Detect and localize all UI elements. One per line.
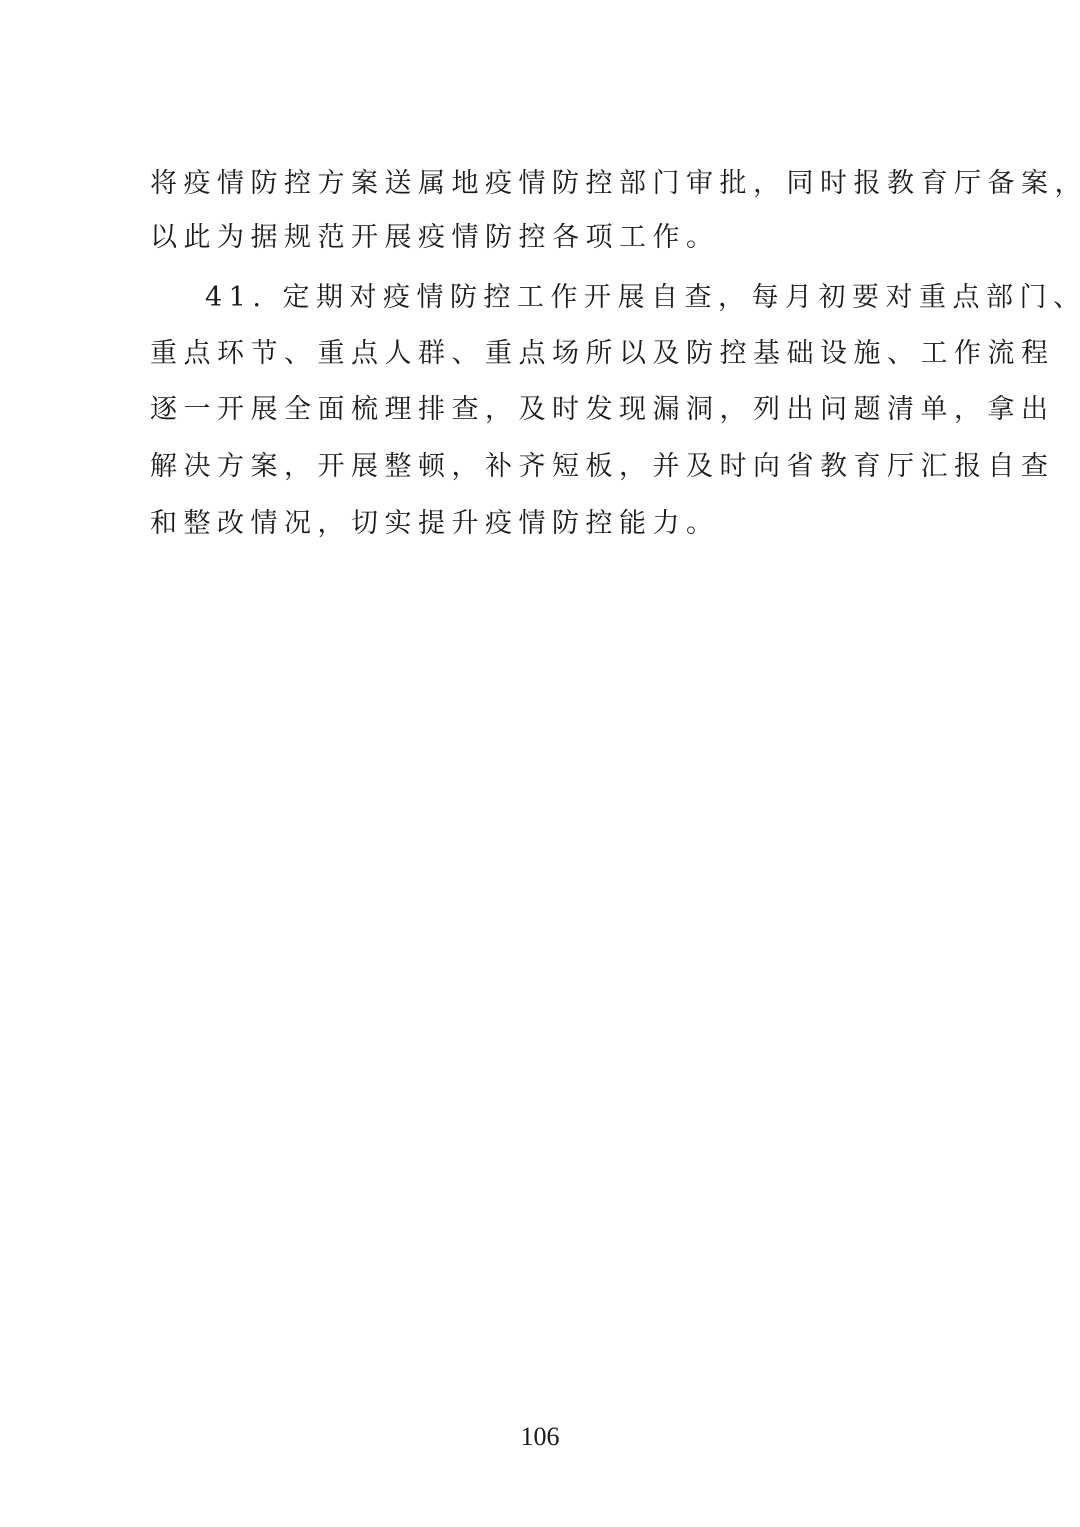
document-page: 将疫情防控方案送属地疫情防控部门审批，同时报教育厅备案， 以此为据规范开展疫情防…: [0, 0, 1080, 1527]
paragraph-41-line-3: 逐一开展全面梳理排查，及时发现漏洞，列出问题清单，拿出: [150, 390, 1055, 430]
paragraph-41-line-5: 和整改情况，切实提升疫情防控能力。: [150, 504, 720, 544]
paragraph-1-line-2: 以此为据规范开展疫情防控各项工作。: [150, 218, 720, 258]
paragraph-41-line-1: 41. 定期对疫情防控工作开展自查，每月初要对重点部门、: [205, 278, 1080, 318]
paragraph-41-line-4: 解决方案，开展整顿，补齐短板，并及时向省教育厅汇报自查: [150, 447, 1055, 487]
paragraph-1-line-1: 将疫情防控方案送属地疫情防控部门审批，同时报教育厅备案，: [150, 164, 1080, 204]
page-number: 106: [0, 1422, 1080, 1452]
paragraph-41-line-2: 重点环节、重点人群、重点场所以及防控基础设施、工作流程: [150, 334, 1055, 374]
